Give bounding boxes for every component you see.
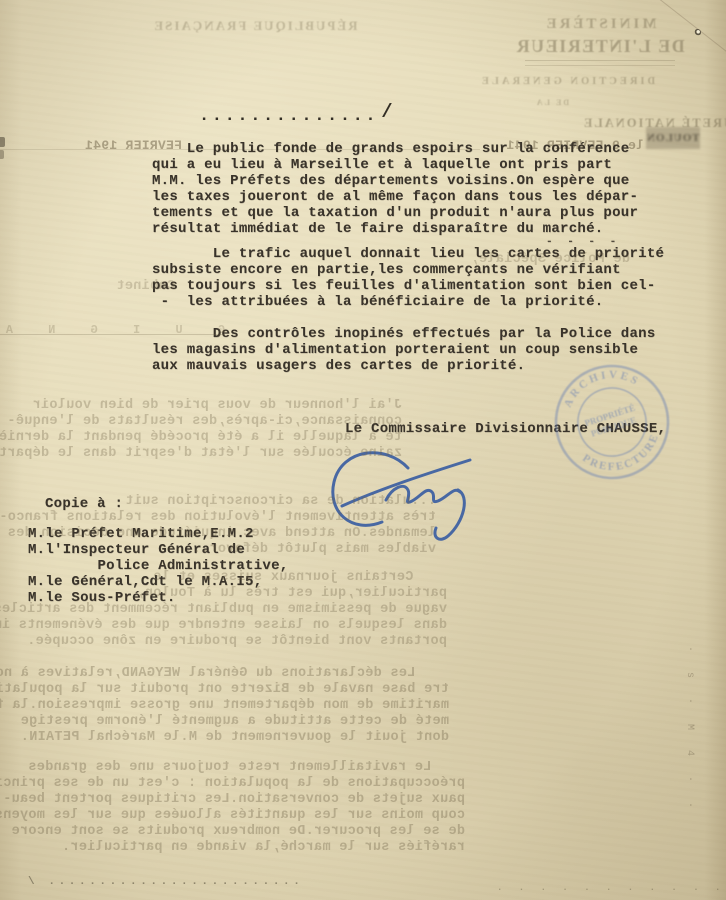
bleed-paragraph-honneur: J'ai l'honneur de vous prier de bien vou… (0, 398, 402, 462)
archive-stamp: ARCHIVES PREFECTURE PROPRIÉTÉ PUBLIQUE (548, 356, 676, 488)
bleed-paragraph-journaux: Certains journaux suisses et le particul… (0, 570, 447, 650)
bleed-frag-police: de Police Spéciale, (30, 252, 630, 268)
bleed-paragraph-ravitaillement: Le ravitaillement reste toujours une des… (0, 760, 465, 856)
paragraph-conference: Le public fonde de grands espoirs sur la… (152, 141, 638, 237)
dotted-line-bottom-left: \ ......................... (28, 876, 303, 888)
bleed-toulon-label: TOULON (646, 132, 699, 144)
document-page: RÉPUBLIQUE FRANÇAISE MINISTÈRE DE L'INTE… (0, 0, 726, 900)
paper-hole-speck (694, 29, 701, 36)
dotted-line-bottom-right: . . . . . . . . . . . . . . . . . . (497, 883, 726, 893)
bleed-paragraph-population: ...ulation de sa circonscription suit tr… (0, 494, 436, 558)
bleed-interieur-line: DE L'INTERIEUR (492, 38, 708, 54)
continuation-mark: ............../ (199, 104, 390, 126)
vertical-margin-marks: · s · M 4 · · (684, 646, 695, 815)
bleed-frag-cabinet: Cabinet (0, 279, 175, 295)
bleed-frag-name: G U I G N A N D (0, 322, 225, 338)
bleed-paragraph-weygand: Les déclarations du Général WEYGAND,rela… (0, 666, 449, 746)
bleed-surete-nationale-line: SÛRETÉ NATIONALE (554, 115, 726, 131)
continuation-dots: .............. (199, 107, 378, 126)
bleed-de-la-line: DE LA (444, 95, 660, 111)
letterhead-double-rule (525, 60, 675, 66)
bleed-direction-generale-line: DIRECTION GENERALE (459, 74, 675, 90)
bleed-toulon-box: TOULON (646, 127, 700, 149)
bleed-ministere-line: MINISTÈRE (492, 16, 708, 32)
bleed-ministry-letterhead: MINISTÈRE DE L'INTERIEUR DIRECTION GENER… (492, 16, 708, 131)
continuation-slash: / (381, 101, 392, 123)
bleed-republique-francaise: RÉPUBLIQUE FRANÇAISE (140, 18, 370, 34)
